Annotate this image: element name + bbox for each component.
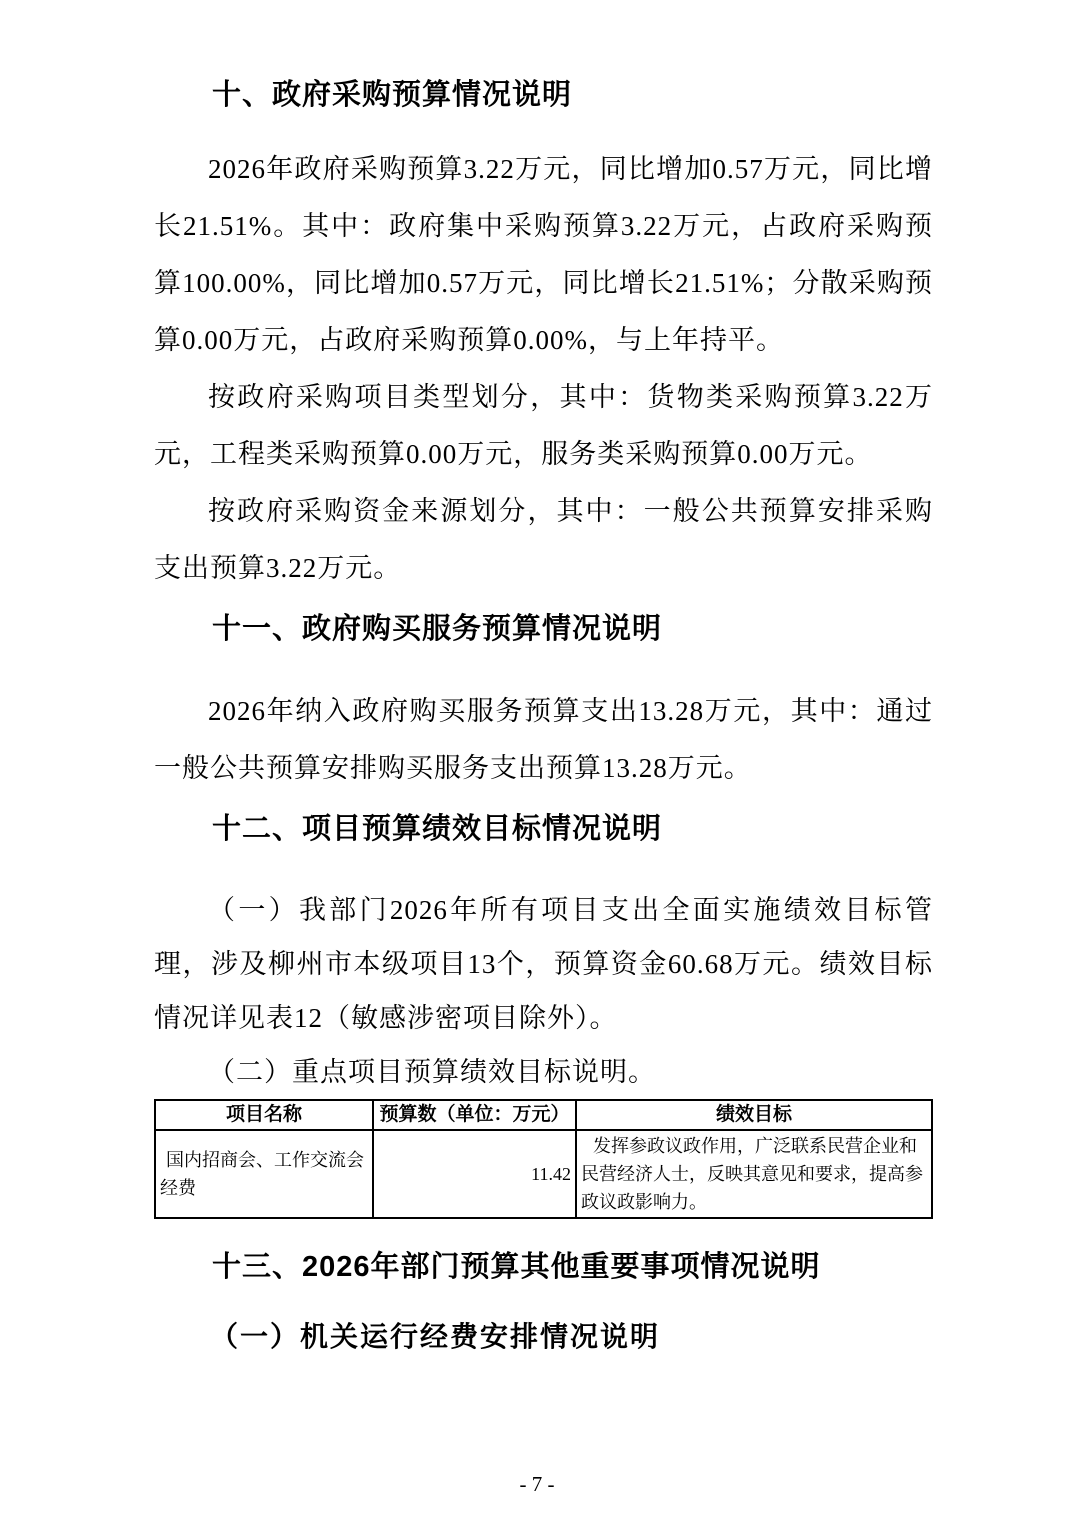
header-project-name: 项目名称 [155, 1100, 373, 1130]
paragraph-procurement-overview: 2026年政府采购预算3.22万元，同比增加0.57万元，同比增长21.51%。… [154, 141, 933, 369]
document-page: 十、政府采购预算情况说明 2026年政府采购预算3.22万元，同比增加0.57万… [0, 0, 1074, 1520]
performance-goal-cell: 发挥参政议政作用，广泛联系民营企业和民营经济人士，反映其意见和要求，提高参政议政… [576, 1130, 932, 1218]
paragraph-procurement-by-funding: 按政府采购资金来源划分，其中：一般公共预算安排采购支出预算3.22万元。 [154, 483, 933, 597]
table-row: 国内招商会、工作交流会经费 11.42 发挥参政议政作用，广泛联系民营企业和民营… [155, 1130, 932, 1218]
section-heading-11: 十一、政府购买服务预算情况说明 [154, 609, 933, 649]
header-performance-goal: 绩效目标 [576, 1100, 932, 1130]
header-budget-amount: 预算数（单位：万元） [373, 1100, 576, 1130]
budget-amount-cell: 11.42 [373, 1130, 576, 1218]
subsection-heading-operating-funds: （一）机关运行经费安排情况说明 [154, 1318, 933, 1358]
paragraph-procurement-by-type: 按政府采购项目类型划分，其中：货物类采购预算3.22万元，工程类采购预算0.00… [154, 369, 933, 483]
performance-goals-table: 项目名称 预算数（单位：万元） 绩效目标 国内招商会、工作交流会经费 11.42… [154, 1099, 933, 1219]
paragraph-key-project-intro: （二）重点项目预算绩效目标说明。 [154, 1045, 933, 1099]
section-heading-13: 十三、2026年部门预算其他重要事项情况说明 [154, 1247, 933, 1287]
table-header-row: 项目名称 预算数（单位：万元） 绩效目标 [155, 1100, 932, 1130]
section-heading-12: 十二、项目预算绩效目标情况说明 [154, 809, 933, 849]
paragraph-purchased-services: 2026年纳入政府购买服务预算支出13.28万元，其中：通过一般公共预算安排购买… [154, 683, 933, 797]
page-number: - 7 - [0, 1472, 1074, 1496]
paragraph-performance-targets: （一）我部门2026年所有项目支出全面实施绩效目标管理，涉及柳州市本级项目13个… [154, 883, 933, 1045]
section-heading-10: 十、政府采购预算情况说明 [154, 75, 933, 115]
project-name-cell: 国内招商会、工作交流会经费 [155, 1130, 373, 1218]
